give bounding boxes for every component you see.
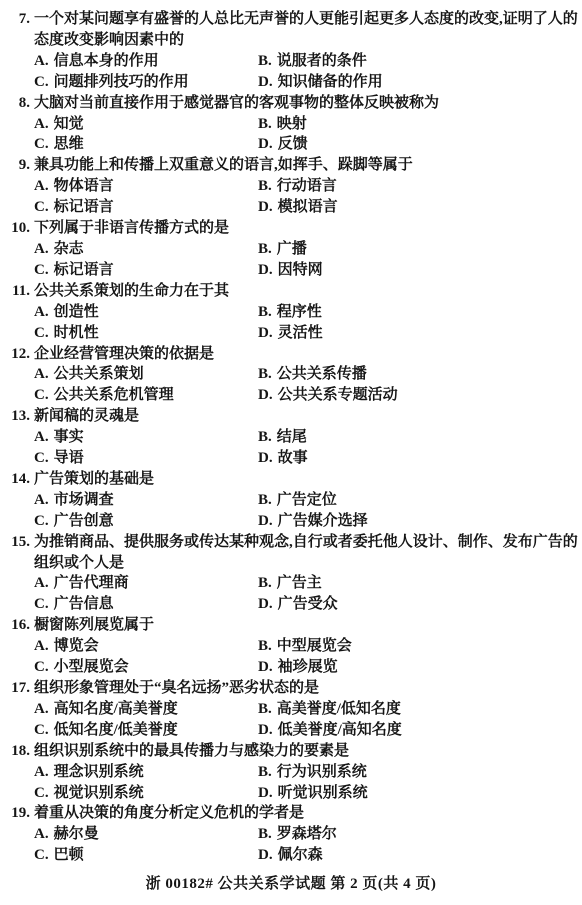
question-line: 11.公共关系策划的生命力在于其 — [0, 281, 582, 302]
question-line: 9.兼具功能上和传播上双重意义的语言,如挥手、跺脚等属于 — [0, 155, 582, 176]
question-number: 11. — [0, 281, 30, 302]
option-a: A.公共关系策划 — [34, 364, 258, 385]
option-d: D.佩尔森 — [258, 845, 582, 866]
question-line: 10.下列属于非语言传播方式的是 — [0, 218, 582, 239]
option-text: 中型展览会 — [277, 638, 352, 654]
question-text: 企业经营管理决策的依据是 — [34, 344, 578, 365]
option-a: A.理念识别系统 — [34, 762, 258, 783]
option-c: C.思维 — [34, 134, 258, 155]
option-key: A. — [34, 53, 49, 69]
option-text: 导语 — [54, 450, 84, 466]
question: 7.一个对某问题享有盛誉的人总比无声誉的人更能引起更多人态度的改变,证明了人的态… — [0, 9, 582, 93]
option-grid: A.创造性B.程序性C.时机性D.灵活性 — [34, 302, 582, 344]
option-a: A.信息本身的作用 — [34, 51, 258, 72]
question-line: 14.广告策划的基础是 — [0, 469, 582, 490]
option-d: D.袖珍展览 — [258, 657, 582, 678]
option-key: B. — [258, 492, 272, 508]
option-text: 市场调查 — [54, 492, 114, 508]
option-d: D.广告媒介选择 — [258, 511, 582, 532]
option-c: C.公共关系危机管理 — [34, 385, 258, 406]
question: 10.下列属于非语言传播方式的是A.杂志B.广播C.标记语言D.因特网 — [0, 218, 582, 281]
option-a: A.市场调查 — [34, 490, 258, 511]
option-key: A. — [34, 638, 49, 654]
question: 15.为推销商品、提供服务或传达某种观念,自行或者委托他人设计、制作、发布广告的… — [0, 532, 582, 616]
option-key: C. — [34, 262, 49, 278]
option-text: 广告创意 — [54, 513, 114, 529]
option-text: 反馈 — [278, 136, 308, 152]
question-number: 13. — [0, 406, 30, 427]
question-text: 新闻稿的灵魂是 — [34, 406, 578, 427]
option-a: A.高知名度/高美誉度 — [34, 699, 258, 720]
option-a: A.事实 — [34, 427, 258, 448]
option-text: 知觉 — [54, 116, 84, 132]
option-c: C.广告信息 — [34, 594, 258, 615]
question-number: 16. — [0, 615, 30, 636]
option-a: A.物体语言 — [34, 176, 258, 197]
option-text: 知识储备的作用 — [278, 74, 383, 90]
option-text: 广告定位 — [277, 492, 337, 508]
option-key: D. — [258, 450, 273, 466]
option-text: 公共关系传播 — [277, 366, 367, 382]
option-key: C. — [34, 136, 49, 152]
question-text: 下列属于非语言传播方式的是 — [34, 218, 578, 239]
question: 9.兼具功能上和传播上双重意义的语言,如挥手、跺脚等属于A.物体语言B.行动语言… — [0, 155, 582, 218]
option-key: C. — [34, 513, 49, 529]
option-key: B. — [258, 178, 272, 194]
option-key: D. — [258, 74, 273, 90]
exam-page: 7.一个对某问题享有盛誉的人总比无声誉的人更能引起更多人态度的改变,证明了人的态… — [0, 0, 582, 905]
question: 8.大脑对当前直接作用于感觉器官的客观事物的整体反映被称为A.知觉B.映射C.思… — [0, 93, 582, 156]
option-text: 信息本身的作用 — [54, 53, 159, 69]
option-grid: A.杂志B.广播C.标记语言D.因特网 — [34, 239, 582, 281]
option-key: B. — [258, 826, 272, 842]
option-text: 灵活性 — [278, 325, 323, 341]
option-key: A. — [34, 241, 49, 257]
question-text: 橱窗陈列展览属于 — [34, 615, 578, 636]
option-key: D. — [258, 136, 273, 152]
option-d: D.低美誉度/高知名度 — [258, 720, 582, 741]
option-text: 巴顿 — [54, 847, 84, 863]
option-grid: A.高知名度/高美誉度B.高美誉度/低知名度C.低知名度/低美誉度D.低美誉度/… — [34, 699, 582, 741]
option-key: C. — [34, 659, 49, 675]
option-text: 结尾 — [277, 429, 307, 445]
option-key: C. — [34, 74, 49, 90]
option-b: B.映射 — [258, 114, 582, 135]
option-key: A. — [34, 575, 49, 591]
option-grid: A.赫尔曼B.罗森塔尔C.巴顿D.佩尔森 — [34, 824, 582, 866]
option-key: D. — [258, 722, 273, 738]
option-text: 模拟语言 — [278, 199, 338, 215]
option-text: 佩尔森 — [278, 847, 323, 863]
option-text: 标记语言 — [54, 199, 114, 215]
question: 16.橱窗陈列展览属于A.博览会B.中型展览会C.小型展览会D.袖珍展览 — [0, 615, 582, 678]
question-text: 组织形象管理处于“臭名远扬”恶劣状态的是 — [34, 678, 578, 699]
option-a: A.博览会 — [34, 636, 258, 657]
option-key: A. — [34, 826, 49, 842]
option-text: 理念识别系统 — [54, 764, 144, 780]
option-grid: A.事实B.结尾C.导语D.故事 — [34, 427, 582, 469]
question-text: 组织识别系统中的最具传播力与感染力的要素是 — [34, 741, 578, 762]
option-key: D. — [258, 513, 273, 529]
question-number: 15. — [0, 532, 30, 553]
option-key: C. — [34, 785, 49, 801]
option-grid: A.公共关系策划B.公共关系传播C.公共关系危机管理D.公共关系专题活动 — [34, 364, 582, 406]
option-b: B.程序性 — [258, 302, 582, 323]
question-number: 18. — [0, 741, 30, 762]
option-b: B.公共关系传播 — [258, 364, 582, 385]
option-key: A. — [34, 701, 49, 717]
option-text: 事实 — [54, 429, 84, 445]
option-grid: A.广告代理商B.广告主C.广告信息D.广告受众 — [34, 573, 582, 615]
option-text: 时机性 — [54, 325, 99, 341]
option-key: D. — [258, 199, 273, 215]
option-c: C.低知名度/低美誉度 — [34, 720, 258, 741]
option-key: B. — [258, 701, 272, 717]
option-text: 罗森塔尔 — [277, 826, 337, 842]
option-text: 广告媒介选择 — [278, 513, 368, 529]
option-d: D.听觉识别系统 — [258, 783, 582, 804]
option-text: 物体语言 — [54, 178, 114, 194]
option-text: 低美誉度/高知名度 — [278, 722, 402, 738]
option-text: 行动语言 — [277, 178, 337, 194]
question: 12.企业经营管理决策的依据是A.公共关系策划B.公共关系传播C.公共关系危机管… — [0, 344, 582, 407]
option-b: B.高美誉度/低知名度 — [258, 699, 582, 720]
option-key: D. — [258, 387, 273, 403]
option-key: A. — [34, 764, 49, 780]
option-text: 视觉识别系统 — [54, 785, 144, 801]
option-key: B. — [258, 116, 272, 132]
question-text: 大脑对当前直接作用于感觉器官的客观事物的整体反映被称为 — [34, 93, 578, 114]
option-text: 公共关系策划 — [54, 366, 144, 382]
option-a: A.创造性 — [34, 302, 258, 323]
option-text: 说服者的条件 — [277, 53, 367, 69]
question: 11.公共关系策划的生命力在于其A.创造性B.程序性C.时机性D.灵活性 — [0, 281, 582, 344]
option-a: A.广告代理商 — [34, 573, 258, 594]
option-text: 博览会 — [54, 638, 99, 654]
page-footer: 浙 00182# 公共关系学试题 第 2 页(共 4 页) — [0, 874, 582, 895]
question-line: 17.组织形象管理处于“臭名远扬”恶劣状态的是 — [0, 678, 582, 699]
option-d: D.模拟语言 — [258, 197, 582, 218]
option-grid: A.信息本身的作用B.说服者的条件C.问题排列技巧的作用D.知识储备的作用 — [34, 51, 582, 93]
option-b: B.广告定位 — [258, 490, 582, 511]
option-b: B.罗森塔尔 — [258, 824, 582, 845]
option-c: C.小型展览会 — [34, 657, 258, 678]
option-text: 杂志 — [54, 241, 84, 257]
option-text: 广告代理商 — [54, 575, 129, 591]
option-text: 广告信息 — [54, 596, 114, 612]
question-number: 8. — [0, 93, 30, 114]
option-key: C. — [34, 596, 49, 612]
option-key: C. — [34, 450, 49, 466]
option-a: A.杂志 — [34, 239, 258, 260]
option-key: A. — [34, 304, 49, 320]
option-key: A. — [34, 429, 49, 445]
option-key: A. — [34, 366, 49, 382]
question-line: 13.新闻稿的灵魂是 — [0, 406, 582, 427]
option-key: C. — [34, 387, 49, 403]
option-grid: A.理念识别系统B.行为识别系统C.视觉识别系统D.听觉识别系统 — [34, 762, 582, 804]
option-text: 思维 — [54, 136, 84, 152]
option-d: D.广告受众 — [258, 594, 582, 615]
option-c: C.问题排列技巧的作用 — [34, 72, 258, 93]
option-d: D.因特网 — [258, 260, 582, 281]
option-key: C. — [34, 199, 49, 215]
option-text: 故事 — [278, 450, 308, 466]
option-d: D.灵活性 — [258, 323, 582, 344]
option-text: 广告主 — [277, 575, 322, 591]
question-number: 17. — [0, 678, 30, 699]
option-b: B.广告主 — [258, 573, 582, 594]
option-d: D.反馈 — [258, 134, 582, 155]
option-text: 低知名度/低美誉度 — [54, 722, 178, 738]
option-key: C. — [34, 325, 49, 341]
option-text: 行为识别系统 — [277, 764, 367, 780]
option-text: 创造性 — [54, 304, 99, 320]
option-key: B. — [258, 575, 272, 591]
option-c: C.视觉识别系统 — [34, 783, 258, 804]
option-key: C. — [34, 722, 49, 738]
option-a: A.知觉 — [34, 114, 258, 135]
option-text: 公共关系危机管理 — [54, 387, 174, 403]
question: 19.着重从决策的角度分析定义危机的学者是A.赫尔曼B.罗森塔尔C.巴顿D.佩尔… — [0, 803, 582, 866]
question-line: 15.为推销商品、提供服务或传达某种观念,自行或者委托他人设计、制作、发布广告的… — [0, 532, 582, 574]
question-line: 16.橱窗陈列展览属于 — [0, 615, 582, 636]
option-text: 映射 — [277, 116, 307, 132]
option-text: 广播 — [277, 241, 307, 257]
question-number: 10. — [0, 218, 30, 239]
option-key: D. — [258, 596, 273, 612]
question-text: 公共关系策划的生命力在于其 — [34, 281, 578, 302]
option-text: 因特网 — [278, 262, 323, 278]
option-grid: A.物体语言B.行动语言C.标记语言D.模拟语言 — [34, 176, 582, 218]
question-number: 14. — [0, 469, 30, 490]
option-key: D. — [258, 262, 273, 278]
question-text: 广告策划的基础是 — [34, 469, 578, 490]
option-b: B.说服者的条件 — [258, 51, 582, 72]
option-key: B. — [258, 304, 272, 320]
option-key: C. — [34, 847, 49, 863]
option-b: B.中型展览会 — [258, 636, 582, 657]
option-text: 问题排列技巧的作用 — [54, 74, 189, 90]
option-key: A. — [34, 116, 49, 132]
option-key: D. — [258, 785, 273, 801]
option-c: C.巴顿 — [34, 845, 258, 866]
option-b: B.行动语言 — [258, 176, 582, 197]
question: 17.组织形象管理处于“臭名远扬”恶劣状态的是A.高知名度/高美誉度B.高美誉度… — [0, 678, 582, 741]
question-number: 7. — [0, 9, 30, 30]
option-text: 程序性 — [277, 304, 322, 320]
option-key: A. — [34, 178, 49, 194]
option-key: B. — [258, 429, 272, 445]
option-b: B.结尾 — [258, 427, 582, 448]
option-c: C.导语 — [34, 448, 258, 469]
option-text: 公共关系专题活动 — [278, 387, 398, 403]
option-c: C.标记语言 — [34, 197, 258, 218]
option-text: 广告受众 — [278, 596, 338, 612]
option-text: 听觉识别系统 — [278, 785, 368, 801]
option-a: A.赫尔曼 — [34, 824, 258, 845]
option-grid: A.知觉B.映射C.思维D.反馈 — [34, 114, 582, 156]
question-line: 18.组织识别系统中的最具传播力与感染力的要素是 — [0, 741, 582, 762]
question-number: 9. — [0, 155, 30, 176]
option-key: D. — [258, 847, 273, 863]
option-key: A. — [34, 492, 49, 508]
question: 18.组织识别系统中的最具传播力与感染力的要素是A.理念识别系统B.行为识别系统… — [0, 741, 582, 804]
option-key: B. — [258, 366, 272, 382]
question-text: 兼具功能上和传播上双重意义的语言,如挥手、跺脚等属于 — [34, 155, 578, 176]
question-line: 7.一个对某问题享有盛誉的人总比无声誉的人更能引起更多人态度的改变,证明了人的态… — [0, 9, 582, 51]
question: 14.广告策划的基础是A.市场调查B.广告定位C.广告创意D.广告媒介选择 — [0, 469, 582, 532]
question-line: 19.着重从决策的角度分析定义危机的学者是 — [0, 803, 582, 824]
option-grid: A.市场调查B.广告定位C.广告创意D.广告媒介选择 — [34, 490, 582, 532]
option-key: B. — [258, 764, 272, 780]
option-text: 赫尔曼 — [54, 826, 99, 842]
question-text: 一个对某问题享有盛誉的人总比无声誉的人更能引起更多人态度的改变,证明了人的态度改… — [34, 9, 578, 51]
question-line: 8.大脑对当前直接作用于感觉器官的客观事物的整体反映被称为 — [0, 93, 582, 114]
option-key: B. — [258, 241, 272, 257]
option-b: B.行为识别系统 — [258, 762, 582, 783]
option-c: C.标记语言 — [34, 260, 258, 281]
option-text: 标记语言 — [54, 262, 114, 278]
option-text: 高知名度/高美誉度 — [54, 701, 178, 717]
option-key: D. — [258, 325, 273, 341]
option-d: D.故事 — [258, 448, 582, 469]
option-key: B. — [258, 638, 272, 654]
option-b: B.广播 — [258, 239, 582, 260]
option-key: B. — [258, 53, 272, 69]
option-text: 袖珍展览 — [278, 659, 338, 675]
question-list: 7.一个对某问题享有盛誉的人总比无声誉的人更能引起更多人态度的改变,证明了人的态… — [0, 9, 582, 866]
question-number: 12. — [0, 344, 30, 365]
question-text: 着重从决策的角度分析定义危机的学者是 — [34, 803, 578, 824]
option-key: D. — [258, 659, 273, 675]
option-d: D.公共关系专题活动 — [258, 385, 582, 406]
option-text: 小型展览会 — [54, 659, 129, 675]
option-text: 高美誉度/低知名度 — [277, 701, 401, 717]
question: 13.新闻稿的灵魂是A.事实B.结尾C.导语D.故事 — [0, 406, 582, 469]
question-text: 为推销商品、提供服务或传达某种观念,自行或者委托他人设计、制作、发布广告的组织或… — [34, 532, 578, 574]
question-number: 19. — [0, 803, 30, 824]
option-c: C.广告创意 — [34, 511, 258, 532]
option-d: D.知识储备的作用 — [258, 72, 582, 93]
option-c: C.时机性 — [34, 323, 258, 344]
question-line: 12.企业经营管理决策的依据是 — [0, 344, 582, 365]
option-grid: A.博览会B.中型展览会C.小型展览会D.袖珍展览 — [34, 636, 582, 678]
